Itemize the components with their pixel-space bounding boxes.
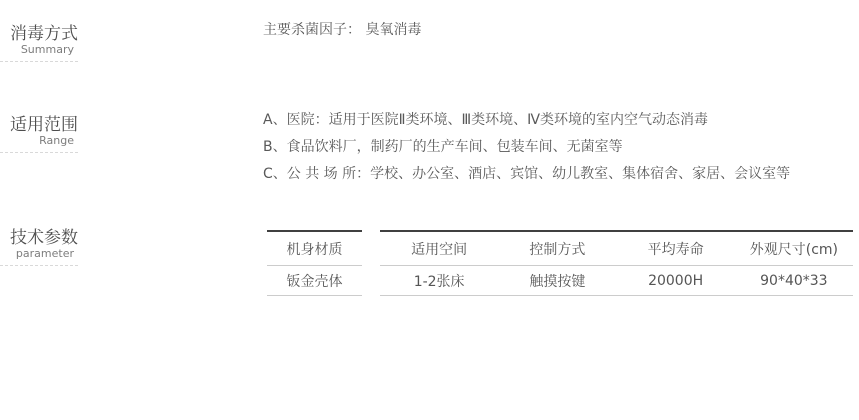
range-list: A、医院：适用于医院Ⅱ类环境、Ⅲ类环境、Ⅳ类环境的室内空气动态消毒 B、食品饮料… xyxy=(263,107,790,188)
header-applicable-space: 适用空间 xyxy=(380,239,498,259)
table-value-row: 钣金壳体 xyxy=(267,266,362,296)
header-body-material: 机身材质 xyxy=(267,239,362,259)
spec-table-material-block: 机身材质 钣金壳体 xyxy=(267,230,362,296)
range-item-hospital: A、医院：适用于医院Ⅱ类环境、Ⅲ类环境、Ⅳ类环境的室内空气动态消毒 xyxy=(263,107,790,134)
spec-table: 机身材质 钣金壳体 适用空间 控制方式 平均寿命 外观尺寸(cm) 1-2张床 … xyxy=(267,230,853,296)
section-title-cn: 适用范围 xyxy=(0,115,78,135)
section-title-cn: 技术参数 xyxy=(0,228,78,248)
section-label-disinfection-method: 消毒方式 Summary xyxy=(0,24,78,62)
header-average-life: 平均寿命 xyxy=(617,239,735,259)
value-average-life: 20000H xyxy=(617,273,735,289)
table-value-row: 1-2张床 触摸按键 20000H 90*40*33 xyxy=(380,266,853,296)
value-dimensions: 90*40*33 xyxy=(735,273,853,289)
value-applicable-space: 1-2张床 xyxy=(380,271,498,291)
header-dimensions: 外观尺寸(cm) xyxy=(735,239,853,259)
spec-table-params-block: 适用空间 控制方式 平均寿命 外观尺寸(cm) 1-2张床 触摸按键 20000… xyxy=(380,230,853,296)
section-title-en: parameter xyxy=(0,248,78,260)
header-control-mode: 控制方式 xyxy=(498,239,616,259)
section-label-range: 适用范围 Range xyxy=(0,115,78,153)
range-item-public: C、公 共 场 所：学校、办公室、酒店、宾馆、幼儿教室、集体宿舍、家居、会议室等 xyxy=(263,161,790,188)
product-spec-page: 消毒方式 Summary 主要杀菌因子： 臭氧消毒 适用范围 Range A、医… xyxy=(0,0,859,420)
section-title-cn: 消毒方式 xyxy=(0,24,78,44)
table-header-row: 机身材质 xyxy=(267,232,362,266)
value-control-mode: 触摸按键 xyxy=(498,271,616,291)
range-item-factory: B、食品饮料厂，制药厂的生产车间、包装车间、无菌室等 xyxy=(263,134,790,161)
section-label-parameters: 技术参数 parameter xyxy=(0,228,78,266)
section-title-en: Range xyxy=(0,135,78,147)
section-title-en: Summary xyxy=(0,44,78,56)
table-header-row: 适用空间 控制方式 平均寿命 外观尺寸(cm) xyxy=(380,232,853,266)
disinfection-factor-text: 主要杀菌因子： 臭氧消毒 xyxy=(263,20,421,40)
value-body-material: 钣金壳体 xyxy=(267,271,362,291)
